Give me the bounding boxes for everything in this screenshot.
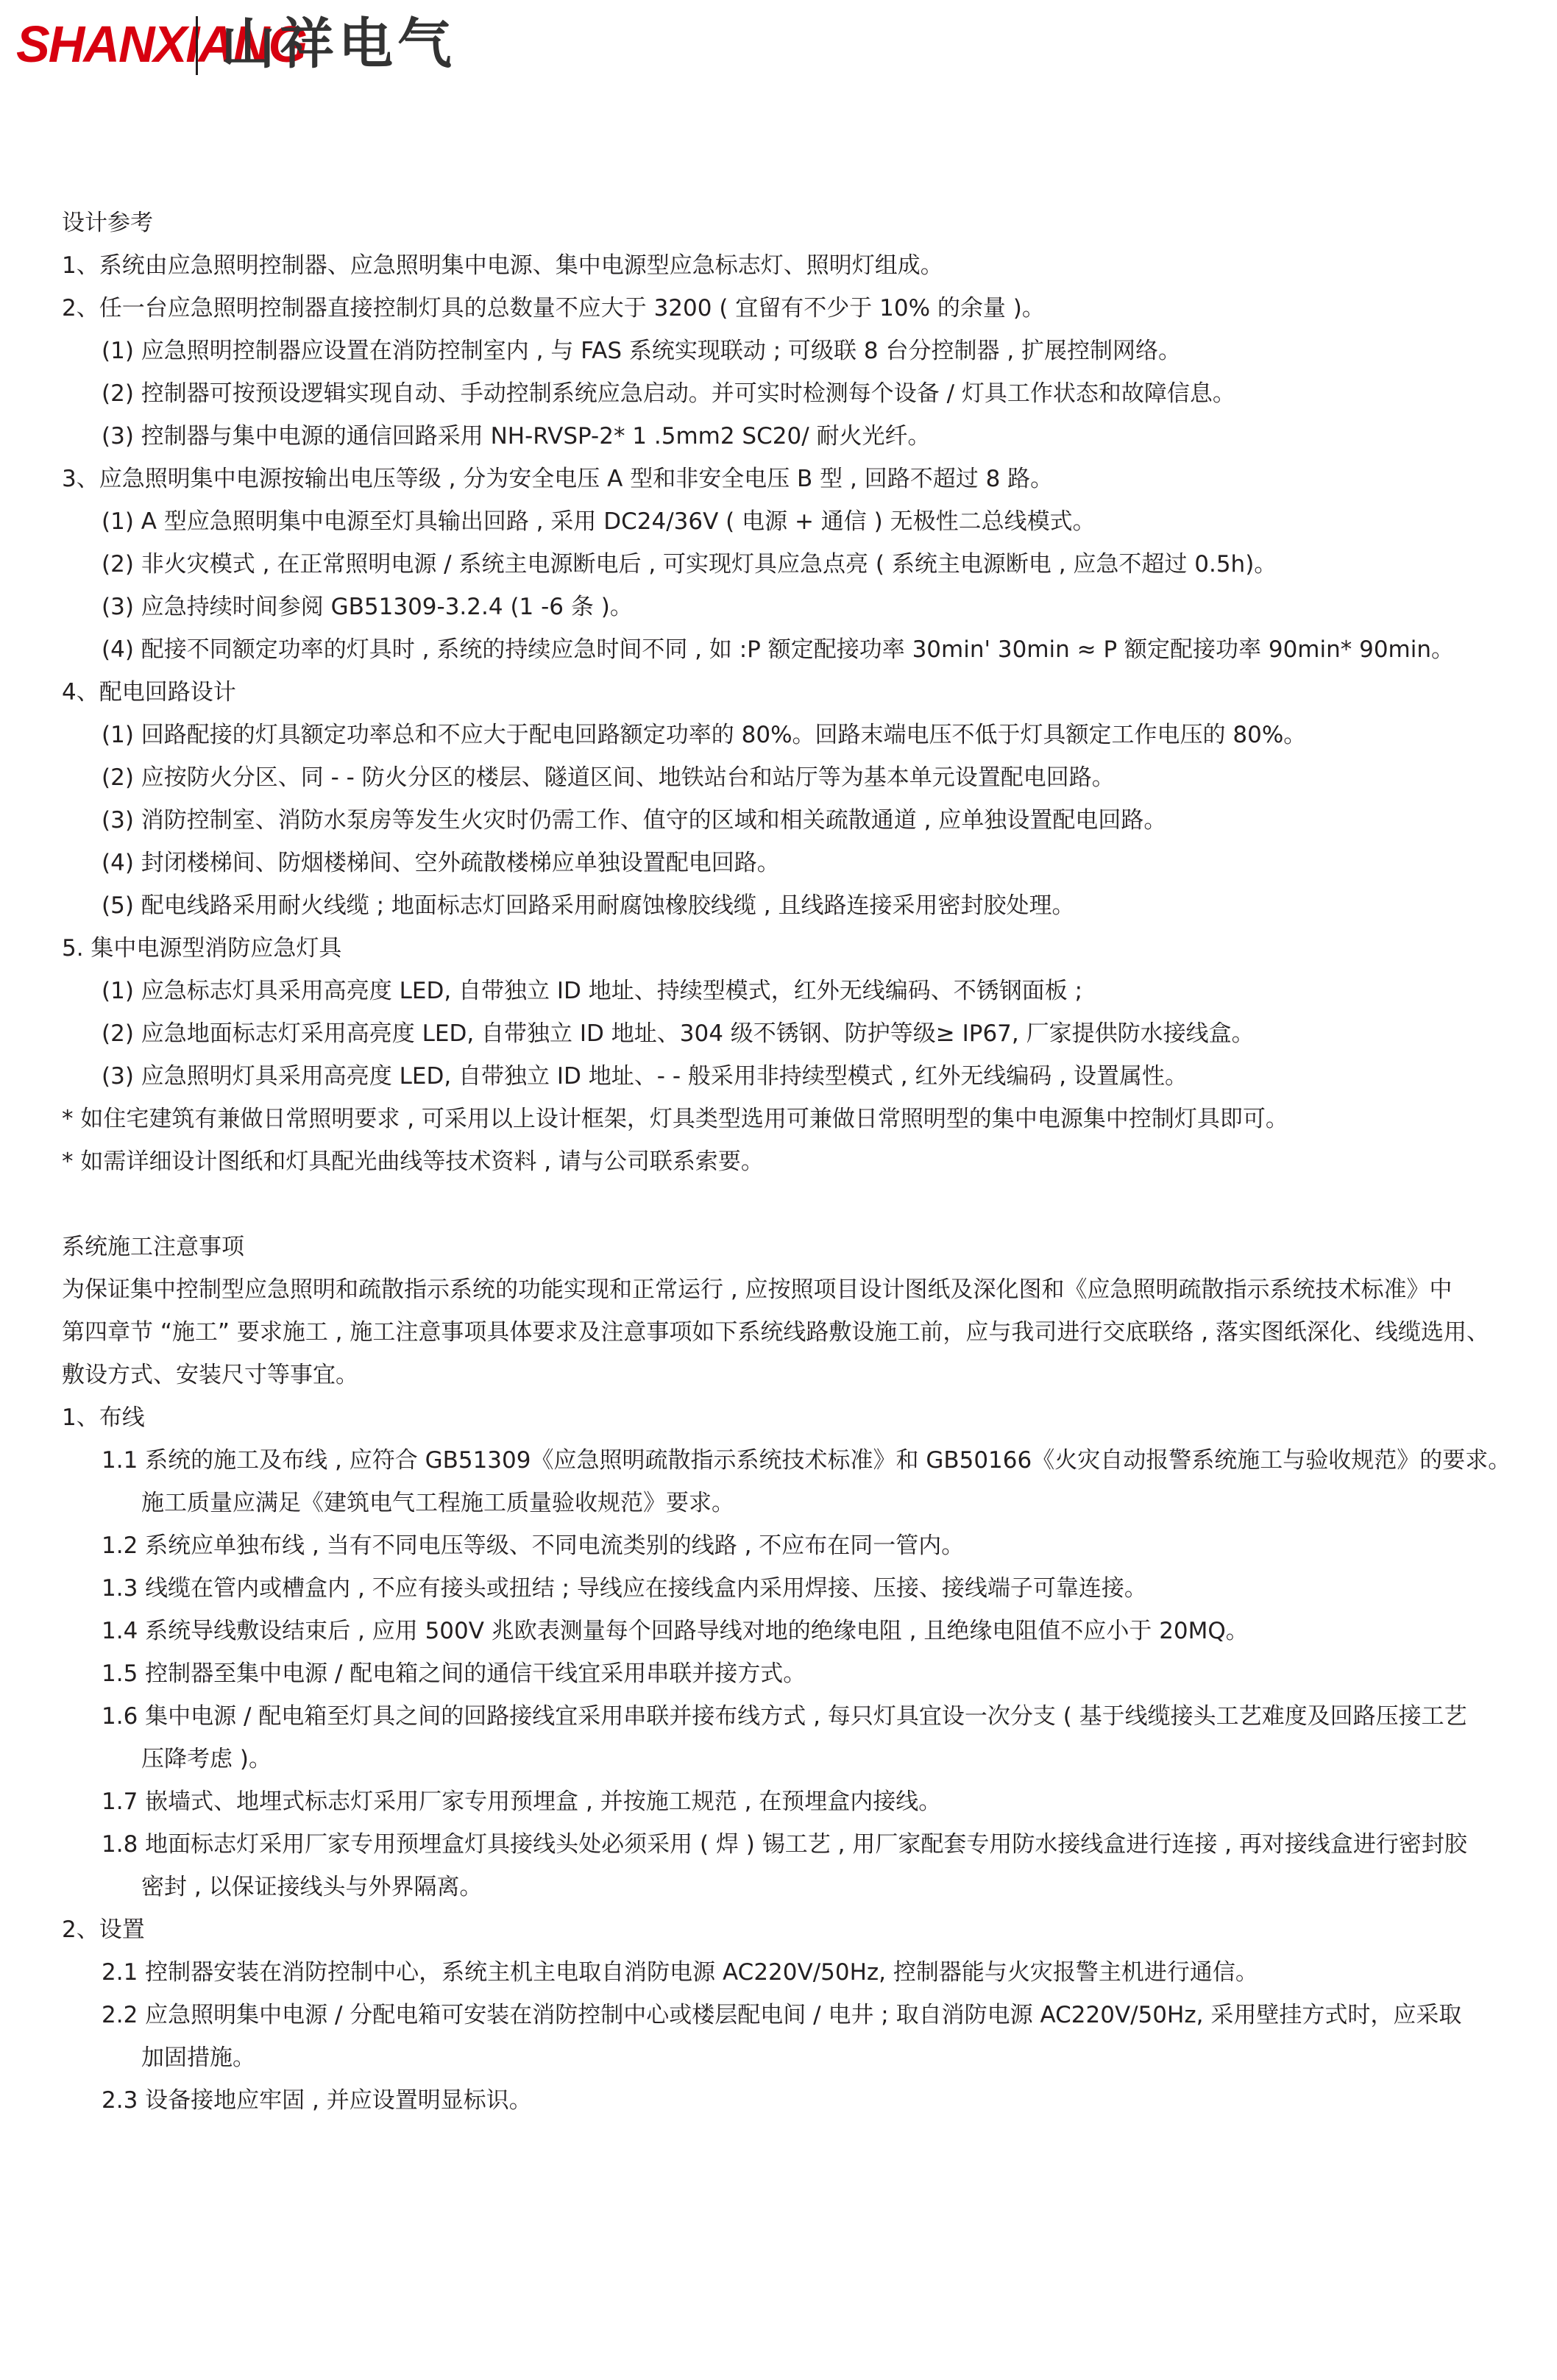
construction-intro: 敷设方式、安装尺寸等事宜。 [62, 1354, 1548, 1396]
construction-subitem: 1.3 线缆在管内或槽盒内 , 不应有接头或扭结 ; 导线应在接线盒内采用焊接、… [62, 1567, 1548, 1610]
construction-item: 1、布线 [62, 1396, 1548, 1439]
design-subitem: (2) 控制器可按预设逻辑实现自动、手动控制系统应急启动。并可实时检测每个设备 … [62, 372, 1548, 415]
construction-subitem-cont: 施工质量应满足《建筑电气工程施工质量验收规范》要求。 [62, 1482, 1548, 1524]
design-subitem: (5) 配电线路采用耐火线缆 ; 地面标志灯回路采用耐腐蚀橡胶线缆 , 且线路连… [62, 884, 1548, 927]
construction-subitem: 2.1 控制器安装在消防控制中心，系统主机主电取自消防电源 AC220V/50H… [62, 1951, 1548, 1994]
document-body: 设计参考 1、系统由应急照明控制器、应急照明集中电源、集中电源型应急标志灯、照明… [62, 202, 1548, 2122]
design-subitem: (2) 非火灾模式 , 在正常照明电源 / 系统主电源断电后 , 可实现灯具应急… [62, 543, 1548, 586]
design-item: 4、配电回路设计 [62, 671, 1548, 714]
design-item: 5. 集中电源型消防应急灯具 [62, 927, 1548, 970]
design-item: 2、任一台应急照明控制器直接控制灯具的总数量不应大于 3200 ( 宜留有不少于… [62, 287, 1548, 330]
design-subitem: (3) 控制器与集中电源的通信回路采用 NH-RVSP-2* 1 .5mm2 S… [62, 415, 1548, 458]
design-subitem: (1) 应急照明控制器应设置在消防控制室内 , 与 FAS 系统实现联动 ; 可… [62, 330, 1548, 372]
design-subitem: (3) 消防控制室、消防水泵房等发生火灾时仍需工作、值守的区域和相关疏散通道 ,… [62, 799, 1548, 842]
design-subitem: (4) 配接不同额定功率的灯具时 , 系统的持续应急时间不同 , 如 :P 额定… [62, 628, 1548, 671]
page-header: SHANXIANG 山祥电气 [0, 0, 1557, 81]
design-subitem: (1) 应急标志灯具采用高亮度 LED, 自带独立 ID 地址、持续型模式，红外… [62, 970, 1548, 1012]
construction-subitem: 2.2 应急照明集中电源 / 分配电箱可安装在消防控制中心或楼层配电间 / 电井… [62, 1994, 1548, 2036]
design-subitem: (2) 应急地面标志灯采用高亮度 LED, 自带独立 ID 地址、304 级不锈… [62, 1012, 1548, 1055]
construction-subitem: 2.3 设备接地应牢固 , 并应设置明显标识。 [62, 2079, 1548, 2122]
design-subitem: (1) 回路配接的灯具额定功率总和不应大于配电回路额定功率的 80%。回路末端电… [62, 714, 1548, 756]
construction-subitem: 1.1 系统的施工及布线 , 应符合 GB51309《应急照明疏散指示系统技术标… [62, 1439, 1548, 1482]
section-title-construction: 系统施工注意事项 [62, 1226, 1548, 1268]
construction-item: 2、设置 [62, 1908, 1548, 1951]
section-gap [62, 1183, 1548, 1226]
construction-subitem: 1.5 控制器至集中电源 / 配电箱之间的通信干线宜采用串联并接方式。 [62, 1652, 1548, 1695]
design-note: * 如需详细设计图纸和灯具配光曲线等技术资料 , 请与公司联系索要。 [62, 1140, 1548, 1183]
construction-subitem: 1.6 集中电源 / 配电箱至灯具之间的回路接线宜采用串联并接布线方式 , 每只… [62, 1695, 1548, 1738]
construction-intro: 第四章节 “施工” 要求施工 , 施工注意事项具体要求及注意事项如下系统线路敷设… [62, 1311, 1548, 1354]
section-title-design: 设计参考 [62, 202, 1548, 244]
design-subitem: (3) 应急照明灯具采用高亮度 LED, 自带独立 ID 地址、- - 般采用非… [62, 1055, 1548, 1098]
construction-subitem: 1.8 地面标志灯采用厂家专用预埋盒灯具接线头处必须采用 ( 焊 ) 锡工艺 ,… [62, 1823, 1548, 1866]
construction-subitem-cont: 压降考虑 )。 [62, 1738, 1548, 1780]
brand-divider [196, 16, 198, 75]
construction-subitem: 1.2 系统应单独布线 , 当有不同电压等级、不同电流类别的线路 , 不应布在同… [62, 1524, 1548, 1567]
construction-subitem: 1.4 系统导线敷设结束后 , 应用 500V 兆欧表测量每个回路导线对地的绝缘… [62, 1610, 1548, 1652]
construction-intro: 为保证集中控制型应急照明和疏散指示系统的功能实现和正常运行 , 应按照项目设计图… [62, 1268, 1548, 1311]
design-subitem: (2) 应按防火分区、同 - - 防火分区的楼层、隧道区间、地铁站台和站厅等为基… [62, 756, 1548, 799]
design-item: 1、系统由应急照明控制器、应急照明集中电源、集中电源型应急标志灯、照明灯组成。 [62, 244, 1548, 287]
construction-subitem-cont: 密封 , 以保证接线头与外界隔离。 [62, 1866, 1548, 1908]
construction-subitem: 1.7 嵌墙式、地埋式标志灯采用厂家专用预埋盒 , 并按施工规范 , 在预埋盒内… [62, 1780, 1548, 1823]
design-subitem: (3) 应急持续时间参阅 GB51309-3.2.4 (1 -6 条 )。 [62, 586, 1548, 628]
brand-logo-cn: 山祥电气 [221, 13, 456, 75]
construction-subitem-cont: 加固措施。 [62, 2036, 1548, 2079]
design-item: 3、应急照明集中电源按输出电压等级 , 分为安全电压 A 型和非安全电压 B 型… [62, 458, 1548, 500]
design-subitem: (4) 封闭楼梯间、防烟楼梯间、空外疏散楼梯应单独设置配电回路。 [62, 842, 1548, 884]
design-subitem: (1) A 型应急照明集中电源至灯具输出回路 , 采用 DC24/36V ( 电… [62, 500, 1548, 543]
design-note: * 如住宅建筑有兼做日常照明要求 , 可采用以上设计框架，灯具类型选用可兼做日常… [62, 1098, 1548, 1140]
